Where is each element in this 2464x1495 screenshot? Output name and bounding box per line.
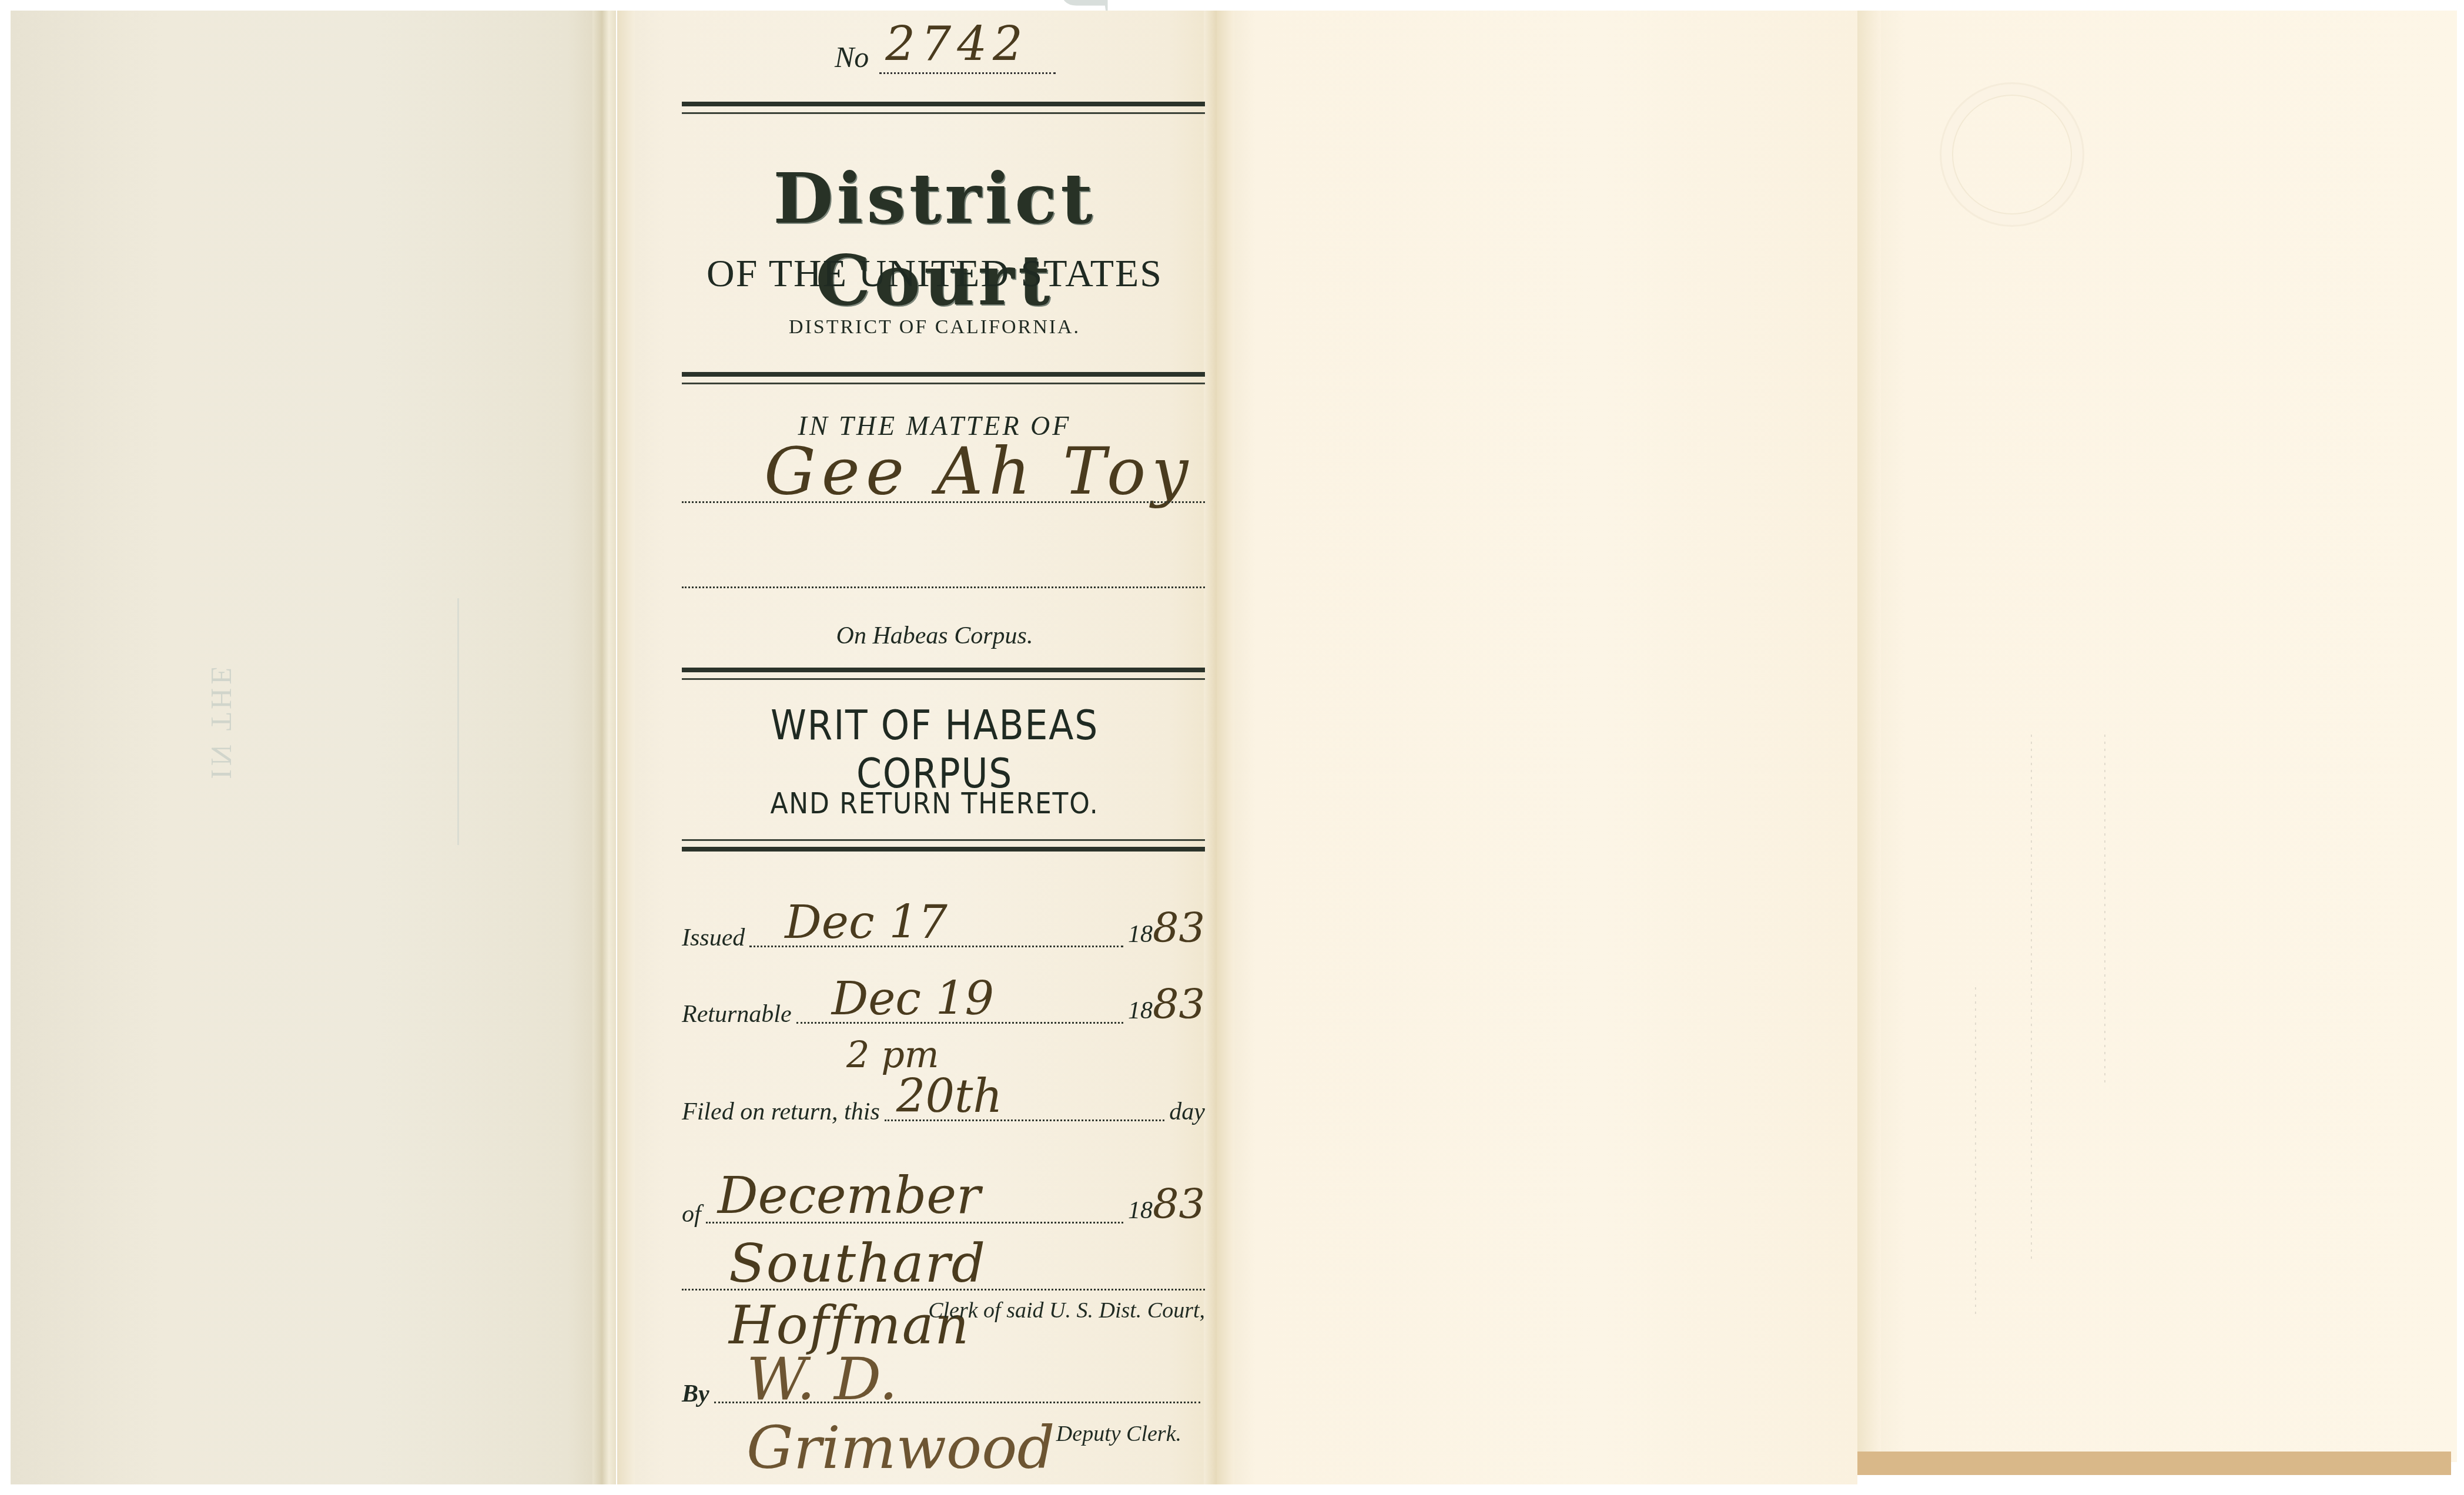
clerk-title: Clerk of said U. S. Dist. Court, [652,1298,1205,1323]
filed-month-value: December [718,1166,981,1225]
matter-line-2 [682,586,1205,588]
proceeding-type: On Habeas Corpus. [652,622,1217,650]
case-number-field: 2742 [879,55,1056,74]
fold-crease [1857,11,1881,1462]
embossed-seal [1940,82,2084,227]
double-rule-3 [682,668,1205,680]
clerk-signature-line [682,1289,1205,1290]
deputy-title: Deputy Clerk. [652,1421,1181,1447]
filed-day-value: 20th [896,1070,1003,1123]
filed-day-field: 20th [885,1114,1165,1121]
cover-panel: No 2742 District Court OF THE UNITED STA… [617,11,1217,1484]
show-through-in-the: IN THE [205,663,239,779]
returnable-year: 1883 [1128,980,1205,1028]
issued-value: Dec 17 [785,896,947,949]
double-rule-4 [682,839,1205,852]
double-rule-2 [682,372,1205,384]
issued-label: Issued [682,924,745,952]
returnable-label: Returnable [682,1000,792,1028]
deputy-signature: W. D. Grimwood [746,1345,1211,1482]
court-title: District Court [652,157,1217,321]
case-number-row: No 2742 [835,40,1056,74]
filed-of-label: of [682,1200,701,1228]
returnable-row: Returnable Dec 19 1883 [682,980,1205,1028]
filed-year: 1883 [1128,1180,1205,1228]
writ-subtitle: AND RETURN THERETO. [687,786,1183,820]
issued-row: Issued Dec 17 1883 [682,904,1205,952]
filed-month-row: of December 1883 [682,1180,1205,1228]
fold-edge-left [617,11,635,1484]
fold-crease [592,11,616,1484]
issued-field: Dec 17 [749,940,1123,947]
case-number-value: 2742 [885,16,1029,71]
clerk-signature: Southard Hoffman [729,1233,1211,1356]
returnable-value: Dec 19 [832,973,994,1025]
returnable-field: Dec 19 [796,1016,1123,1024]
left-fold-panel: DISTRICT COURT OF THE UNITED STATES DIST… [11,11,616,1484]
case-number-label: No [835,40,869,74]
faint-dotted-line [2104,735,2105,1087]
issued-year: 1883 [1128,904,1205,952]
inner-panel-2 [1857,11,2457,1462]
court-subtitle: OF THE UNITED STATES [652,252,1217,296]
district-name: DISTRICT OF CALIFORNIA. [652,316,1217,338]
filed-month-field: December [706,1216,1123,1224]
filed-label: Filed on return, this [682,1098,880,1126]
double-rule-top [682,102,1205,114]
fold-crease [1217,11,1234,1484]
matter-line-1 [682,501,1205,503]
matter-name: Gee Ah Toy [764,434,1194,509]
faint-dotted-line [1975,987,1976,1316]
show-through-rule [457,598,459,845]
faint-dotted-line [2031,735,2032,1263]
filed-row: Filed on return, this 20th day [682,1098,1205,1126]
writ-title: WRIT OF HABEAS CORPUS [687,701,1183,797]
inner-panel-1 [1217,11,1857,1484]
torn-bottom-edge [1857,1452,2451,1475]
by-label: By [682,1380,709,1408]
filed-day-suffix: day [1169,1098,1205,1126]
